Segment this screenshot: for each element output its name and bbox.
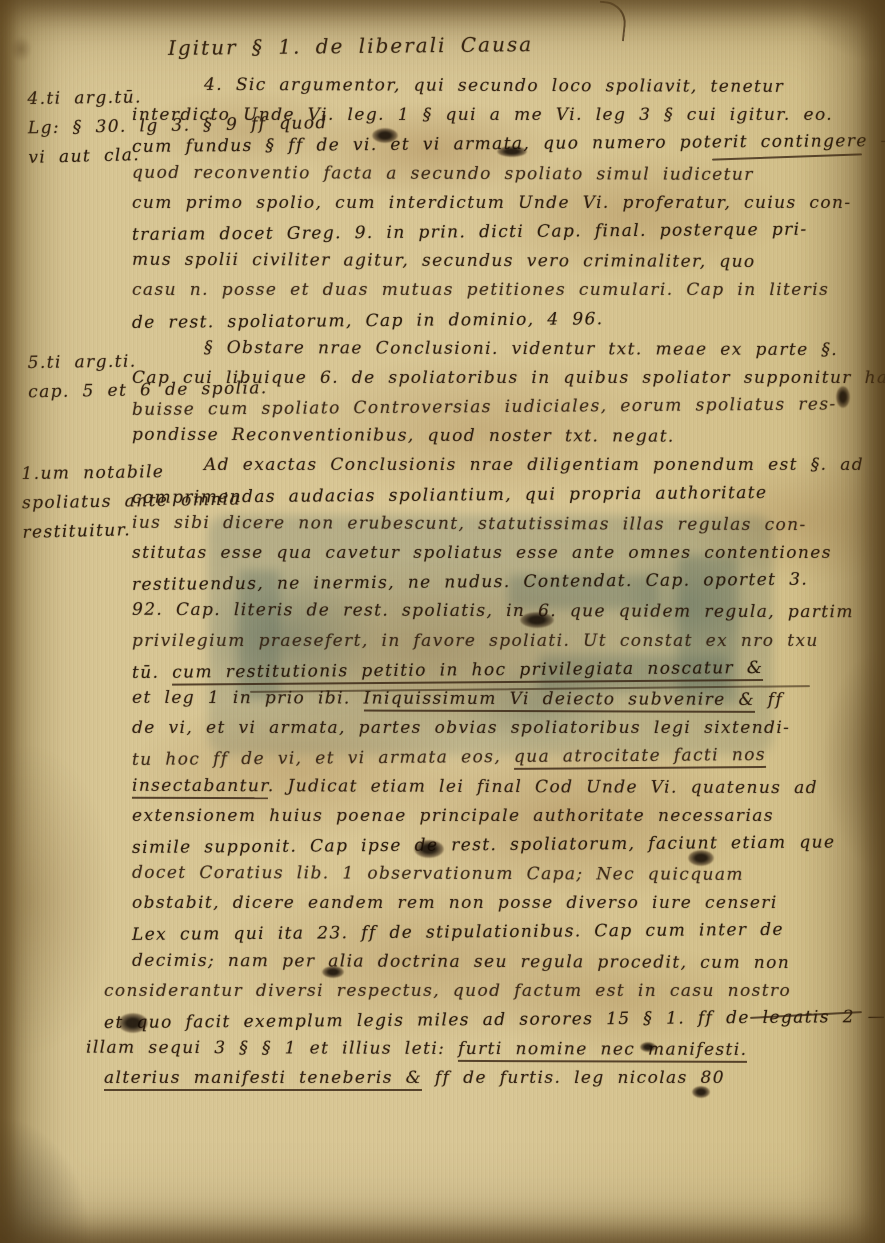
manuscript-line: buisse cum spoliato Controversias iudici… [132,394,872,429]
manuscript-line: 4. Sic argumentor, qui secundo loco spol… [204,75,872,107]
manuscript-line: decimis; nam per alia doctrina seu regul… [132,950,872,982]
handwritten-text: restituendus, ne inermis, ne nudus. Cont… [132,570,808,595]
manuscript-line: obstabit, dicere eandem rem non posse di… [132,893,872,922]
handwritten-text: privilegium praesefert, in favore spolia… [132,631,819,651]
manuscript-line: 92. Cap. literis de rest. spoliatis, in … [132,600,872,632]
manuscript-line: restituendus, ne inermis, ne nudus. Cont… [132,569,872,604]
manuscript-line: cum fundus § ff de vi. et vi armata, quo… [132,131,872,166]
handwritten-text: 4. Sic argumentor, qui secundo loco spol… [204,75,784,97]
handwritten-text: trariam docet Greg. 9. in prin. dicti Ca… [132,220,808,245]
handwritten-text: Lex cum qui ita 23. ff de stipulationibu… [132,920,784,945]
handwritten-text: Ad exactas Conclusionis nrae diligentiam… [204,455,864,475]
handwritten-text: obstabit, dicere eandem rem non posse di… [132,893,778,913]
manuscript-line: tū. cum restitutionis petitio in hoc pri… [132,657,872,692]
handwritten-text: comprimendas audacias spoliantium, qui p… [132,483,768,508]
manuscript-line: extensionem huius poenae principale auth… [132,806,872,835]
manuscript-line: illam sequi 3 § § 1 et illius leti: furt… [86,1038,872,1070]
manuscript-line: § Obstare nrae Conclusioni. videntur txt… [204,338,872,370]
manuscript-line: Ad exactas Conclusionis nrae diligentiam… [204,455,872,484]
manuscript-line: trariam docet Greg. 9. in prin. dicti Ca… [132,219,872,254]
handwritten-text: simile supponit. Cap ipse de rest. spoli… [132,832,836,858]
handwritten-text: tū. [132,662,172,682]
manuscript-line: insectabantur. Judicat etiam lei final C… [132,775,872,807]
manuscript-line: considerantur diversi respectus, quod fa… [104,981,872,1010]
page-title: Igitur § 1. de liberali Causa [168,32,533,60]
handwritten-text: 4.ti arg.tū. [27,87,142,109]
handwritten-text: vi aut cla. [28,145,140,168]
handwritten-text: ff de furtis. leg nicolas 80 [422,1068,725,1088]
handwritten-text: ius sibi dicere non erubescunt, statutis… [132,513,807,535]
manuscript-line: ius sibi dicere non erubescunt, statutis… [132,513,872,545]
handwritten-text: casu n. posse et duas mutuas petitiones … [132,280,829,300]
handwritten-text: ff [755,690,783,710]
handwritten-text: stitutas esse qua cavetur spoliatus esse… [132,543,832,563]
handwritten-text: 92. Cap. literis de rest. spoliatis, in … [132,600,854,623]
handwritten-text: . Judicat etiam lei final Cod Unde Vi. q… [268,776,818,798]
underlined-text: insectabantur [132,775,268,798]
handwritten-text: quod reconventio facta a secundo spoliat… [132,162,754,184]
handwritten-text: considerantur diversi respectus, quod fa… [104,981,791,1001]
handwritten-text: interdicto Unde Vi. leg. 1 § qui a me Vi… [132,105,833,125]
manuscript-line: mus spolii civiliter agitur, secundus ve… [132,250,872,282]
ink-flourish-top [596,1,628,42]
handwritten-text: docet Coratius lib. 1 observationum Capa… [132,863,744,885]
manuscript-page: Igitur § 1. de liberali Causa 4.ti arg.t… [0,0,885,1243]
manuscript-line: Cap cui libuique 6. de spoliatoribus in … [132,368,872,397]
handwritten-text: 5.ti arg.ti. [28,352,137,374]
underlined-text: furti nomine nec manifesti. [458,1039,747,1063]
handwritten-text: Cap cui libuique 6. de spoliatoribus in … [132,368,885,388]
manuscript-line: tu hoc ff de vi, et vi armata eos, qua a… [132,744,872,779]
manuscript-line: et quo facit exemplum legis miles ad sor… [104,1007,872,1042]
manuscript-line: cum primo spolio, cum interdictum Unde V… [132,193,872,222]
manuscript-line: comprimendas audacias spoliantium, qui p… [132,482,872,517]
manuscript-line: de vi, et vi armata, partes obvias spoli… [132,718,872,747]
corner-smudge [10,36,32,62]
manuscript-line: de rest. spoliatorum, Cap in dominio, 4 … [132,307,872,342]
manuscript-line: alterius manifesti teneberis & ff de fur… [104,1068,872,1097]
handwritten-text: buisse cum spoliato Controversias iudici… [132,394,837,420]
handwritten-text: de vi, et vi armata, partes obvias spoli… [132,718,790,738]
handwritten-text: decimis; nam per alia doctrina seu regul… [132,950,790,972]
handwritten-text: mus spolii civiliter agitur, secundus ve… [132,250,756,272]
manuscript-line: quod reconventio facta a secundo spoliat… [132,162,872,194]
handwritten-text: illam sequi 3 § § 1 et illius leti: [86,1038,458,1059]
handwritten-text: de rest. spoliatorum, Cap in dominio, 4 … [132,309,604,333]
manuscript-line: simile supponit. Cap ipse de rest. spoli… [132,832,872,867]
manuscript-line: docet Coratius lib. 1 observationum Capa… [132,863,872,895]
underlined-text: qua atrocitate facti nos [514,745,766,770]
handwritten-text: et quo facit exemplum legis miles ad sor… [104,1007,885,1033]
handwritten-text: pondisse Reconventionibus, quod noster t… [132,425,675,447]
manuscript-line: interdicto Unde Vi. leg. 1 § qui a me Vi… [132,105,872,134]
handwritten-text: § Obstare nrae Conclusioni. videntur txt… [204,338,838,360]
manuscript-body: 4. Sic argumentor, qui secundo loco spol… [132,76,872,1098]
underlined-text: cum restitutionis petitio in hoc privile… [172,658,763,686]
manuscript-line: casu n. posse et duas mutuas petitiones … [132,280,872,309]
handwritten-text: restituitur. [22,521,131,544]
handwritten-text: tu hoc ff de vi, et vi armata eos, [132,747,514,770]
underlined-text: Iniquissimum Vi deiecto subvenire & [364,688,756,712]
manuscript-line: pondisse Reconventionibus, quod noster t… [132,425,872,457]
manuscript-line: privilegium praesefert, in favore spolia… [132,631,872,660]
manuscript-line: et leg 1 in prio ibi. Iniquissimum Vi de… [132,688,872,720]
underlined-text: alterius manifesti teneberis & [104,1068,422,1091]
handwritten-text: cum fundus § ff de vi. et vi armata, quo… [132,131,885,157]
handwritten-text: cum primo spolio, cum interdictum Unde V… [132,193,851,213]
manuscript-line: Lex cum qui ita 23. ff de stipulationibu… [132,920,872,955]
manuscript-line: stitutas esse qua cavetur spoliatus esse… [132,543,872,572]
handwritten-text: et leg 1 in prio ibi. [132,688,364,709]
handwritten-text: extensionem huius poenae principale auth… [132,806,774,826]
